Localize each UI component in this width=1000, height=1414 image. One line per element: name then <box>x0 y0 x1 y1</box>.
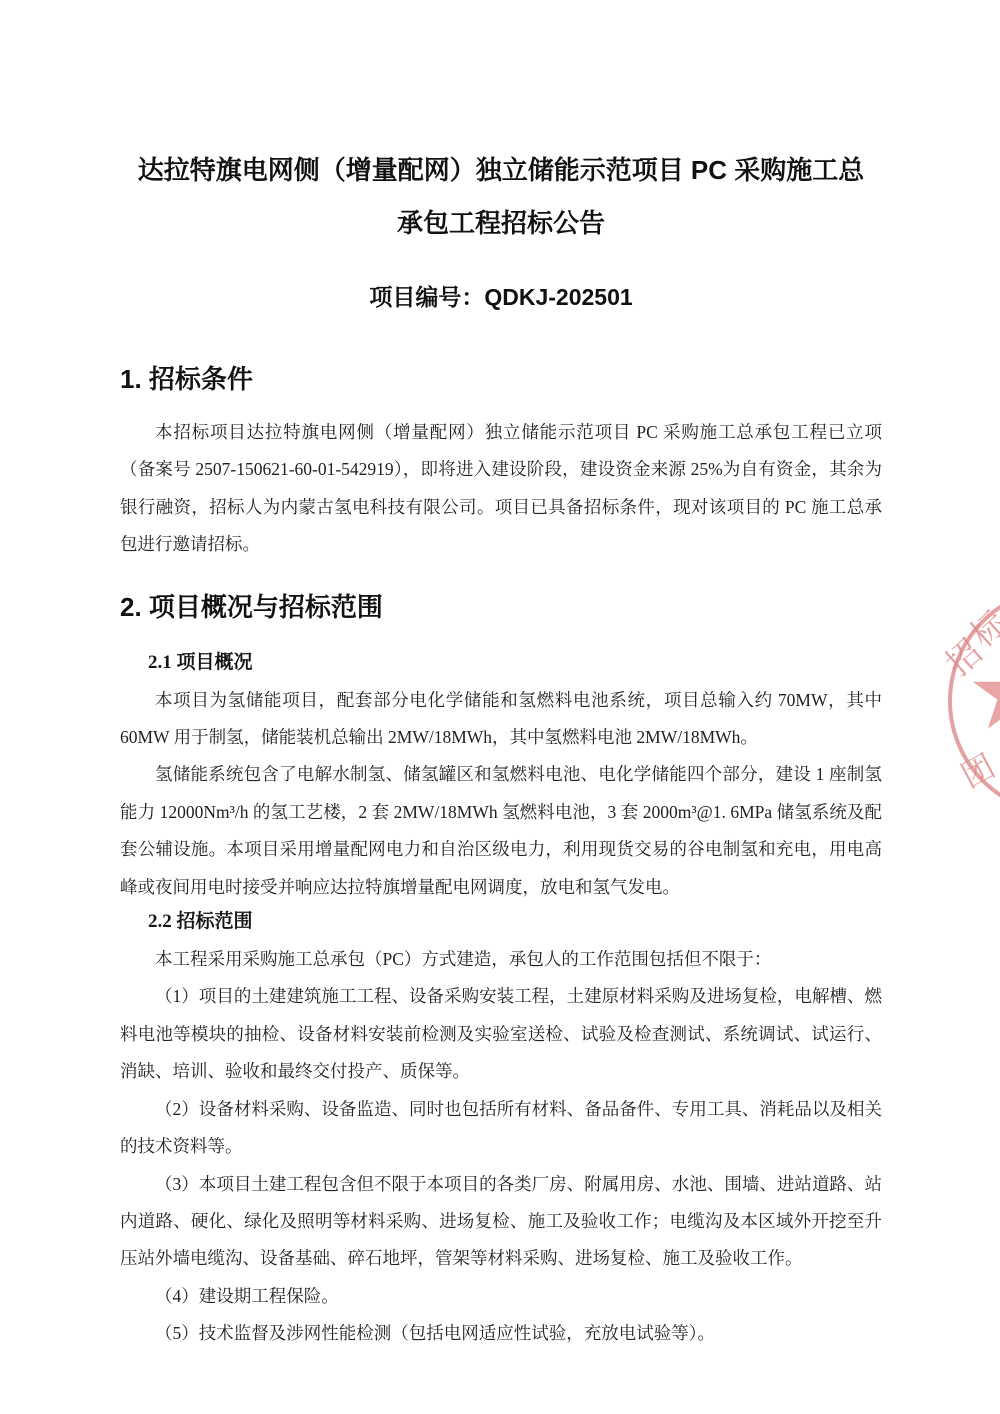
scope-item-2: （2）设备材料采购、设备监造、同时也包括所有材料、备品备件、专用工具、消耗品以及… <box>120 1091 882 1166</box>
scope-item-3: （3）本项目土建工程包含但不限于本项目的各类厂房、附属用房、水池、围墙、进站道路… <box>120 1166 882 1278</box>
document-title-line-2: 承包工程招标公告 <box>120 197 882 250</box>
document-content: 达拉特旗电网侧（增量配网）独立储能示范项目 PC 采购施工总 承包工程招标公告 … <box>0 0 1000 1353</box>
scope-item-5: （5）技术监督及涉网性能检测（包括电网适应性试验，充放电试验等）。 <box>120 1315 882 1352</box>
subsection-2-2-intro: 本工程采用采购施工总承包（PC）方式建造，承包人的工作范围包括但不限于： <box>120 941 882 978</box>
subsection-2-1-heading: 2.1 项目概况 <box>148 650 882 676</box>
subsection-2-2-heading: 2.2 招标范围 <box>148 909 882 935</box>
subsection-2-1-paragraph: 本项目为氢储能项目，配套部分电化学储能和氢燃料电池系统，项目总输入约 70MW，… <box>120 682 882 757</box>
subsection-2-1-paragraph: 氢储能系统包含了电解水制氢、储氢罐区和氢燃料电池、电化学储能四个部分，建设 1 … <box>120 756 882 906</box>
section-1-heading: 1. 招标条件 <box>120 362 882 396</box>
scope-item-1: （1）项目的土建建筑施工工程、设备采购安装工程，土建原材料采购及进场复检，电解槽… <box>120 978 882 1090</box>
document-page: ★ 招 标 团 达拉特旗电网侧（增量配网）独立储能示范项目 PC 采购施工总 承… <box>0 0 1000 1414</box>
project-number: 项目编号：QDKJ-202501 <box>120 282 882 312</box>
document-title-line-1: 达拉特旗电网侧（增量配网）独立储能示范项目 PC 采购施工总 <box>120 144 882 197</box>
section-1-paragraph: 本招标项目达拉特旗电网侧（增量配网）独立储能示范项目 PC 采购施工总承包工程已… <box>120 414 882 564</box>
scope-item-4: （4）建设期工程保险。 <box>120 1278 882 1315</box>
document-title: 达拉特旗电网侧（增量配网）独立储能示范项目 PC 采购施工总 承包工程招标公告 <box>120 0 882 250</box>
section-2-heading: 2. 项目概况与招标范围 <box>120 590 882 624</box>
